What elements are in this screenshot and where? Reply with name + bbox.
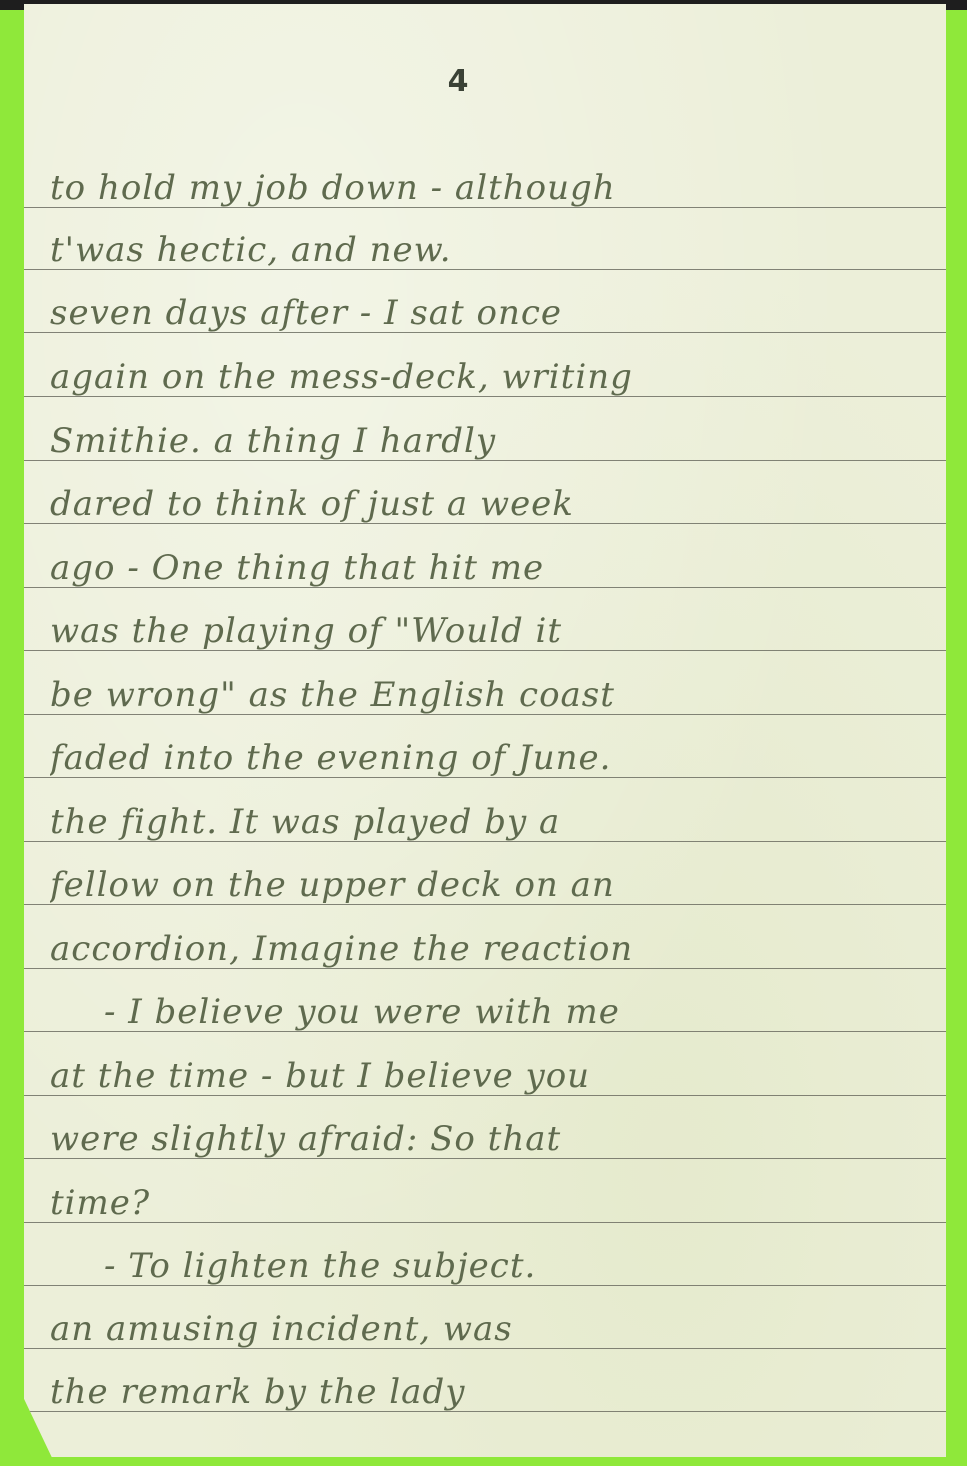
handwritten-line: t'was hectic, and new. xyxy=(50,230,930,270)
handwritten-line: time? xyxy=(50,1183,930,1223)
handwritten-line: ago - One thing that hit me xyxy=(50,548,930,588)
handwritten-line: to hold my job down - although xyxy=(50,168,930,208)
handwritten-line: accordion, Imagine the reaction xyxy=(50,929,930,969)
handwritten-line: at the time - but I believe you xyxy=(50,1056,930,1096)
handwritten-line: was the playing of "Would it xyxy=(50,611,930,651)
handwritten-line: Smithie. a thing I hardly xyxy=(50,421,930,461)
handwritten-line: an amusing incident, was xyxy=(50,1309,930,1349)
handwritten-line: - To lighten the subject. xyxy=(104,1246,967,1286)
handwritten-line: dared to think of just a week xyxy=(50,484,930,524)
handwritten-line: - I believe you were with me xyxy=(104,992,967,1032)
page-number: 4 xyxy=(438,64,478,99)
handwritten-line: faded into the evening of June. xyxy=(50,738,930,778)
handwritten-line: be wrong" as the English coast xyxy=(50,675,930,715)
handwritten-line: the fight. It was played by a xyxy=(50,802,930,842)
letter-page: 4 to hold my job down - although t'was h… xyxy=(24,4,946,1457)
handwritten-line: fellow on the upper deck on an xyxy=(50,865,930,905)
handwritten-line: the remark by the lady xyxy=(50,1372,930,1412)
handwritten-line: seven days after - I sat once xyxy=(50,293,930,333)
handwritten-line: again on the mess-deck, writing xyxy=(50,357,930,397)
handwritten-line: were slightly afraid: So that xyxy=(50,1119,930,1159)
